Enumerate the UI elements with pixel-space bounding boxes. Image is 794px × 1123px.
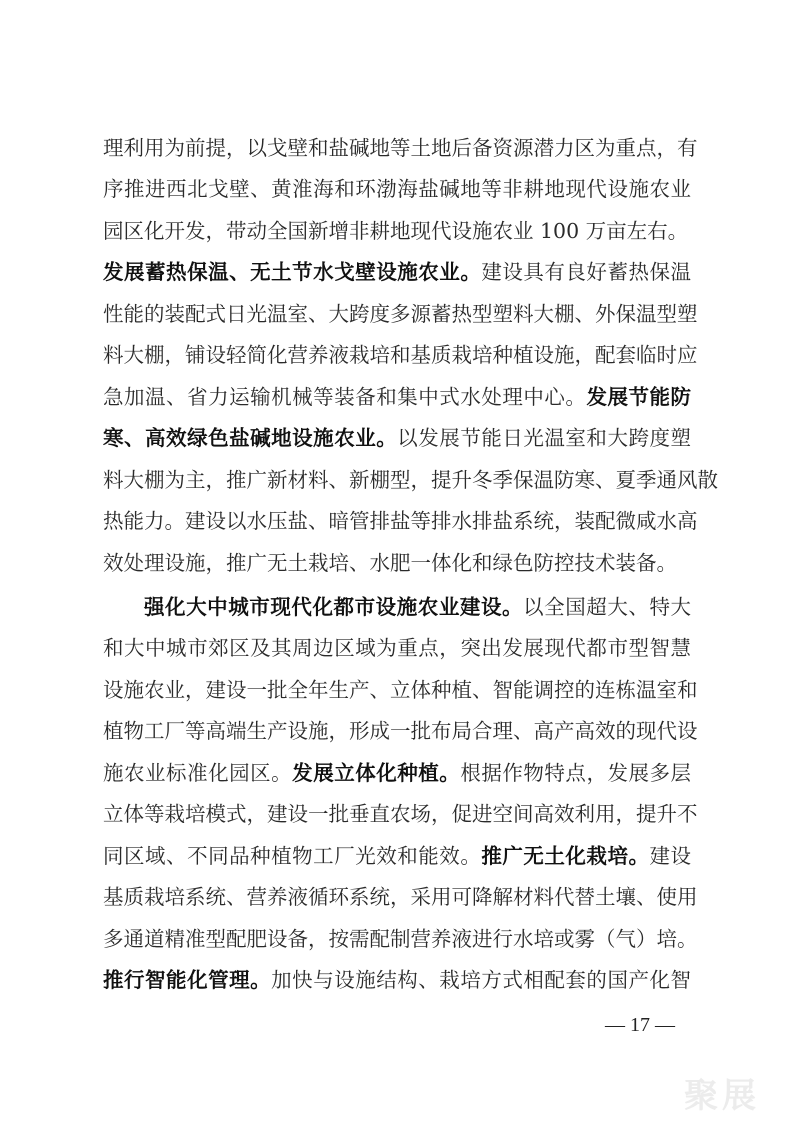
body-text-segment: 施农业标准化园区。 xyxy=(103,761,292,785)
text-line: 同区域、不同品种植物工厂光效和能效。推广无土化栽培。建设 xyxy=(103,841,691,871)
body-text-segment: 建设 xyxy=(650,844,692,868)
body-text-segment: 热能力。建设以水压盐、暗管排盐等排水排盐系统，装配微咸水高 xyxy=(103,509,698,533)
text-line: 热能力。建设以水压盐、暗管排盐等排水排盐系统，装配微咸水高 xyxy=(103,506,691,536)
body-text-segment: 设施农业，建设一批全年生产、立体种植、智能调控的连栋温室和 xyxy=(103,678,698,702)
body-text-segment: 和大中城市郊区及其周边区域为重点，突出发展现代都市型智慧 xyxy=(103,636,691,660)
body-text-segment: 植物工厂等高端生产设施，形成一批布局合理、高产高效的现代设 xyxy=(103,719,698,743)
body-text-segment: 效处理设施，推广无土栽培、水肥一体化和绿色防控技术装备。 xyxy=(103,551,677,575)
watermark-logo: 聚展 xyxy=(684,1076,794,1116)
bold-heading-text: 推广无土化栽培。 xyxy=(481,844,649,868)
text-line: 强化大中城市现代化都市设施农业建设。以全国超大、特大 xyxy=(144,592,691,622)
bold-heading-text: 强化大中城市现代化都市设施农业建设。 xyxy=(144,595,523,619)
body-text-segment: 根据作物特点，发展多层 xyxy=(460,761,691,785)
body-text-segment: 基质栽培系统、营养液循环系统，采用可降解材料代替土壤、使用 xyxy=(103,885,698,909)
document-page: 理利用为前提，以戈壁和盐碱地等土地后备资源潜力区为重点，有序推进西北戈壁、黄淮海… xyxy=(0,0,794,1123)
text-line: 施农业标准化园区。发展立体化种植。根据作物特点，发展多层 xyxy=(103,758,691,788)
body-text-segment: 料大棚为主，推广新材料、新棚型，提升冬季保温防寒、夏季通风散 xyxy=(103,468,718,492)
text-line: 植物工厂等高端生产设施，形成一批布局合理、高产高效的现代设 xyxy=(103,716,691,746)
body-text-segment: 多通道精准型配肥设备，按需配制营养液进行水培或雾（气）培。 xyxy=(103,927,698,951)
text-line: 推行智能化管理。加快与设施结构、栽培方式相配套的国产化智 xyxy=(103,965,691,995)
body-text-segment: 序推进西北戈壁、黄淮海和环渤海盐碱地等非耕地现代设施农业 xyxy=(103,177,691,201)
body-text-segment: 园区化开发，带动全国新增非耕地现代设施农业 100 万亩左右。 xyxy=(103,219,688,243)
text-line: 寒、高效绿色盐碱地设施农业。以发展节能日光温室和大跨度塑 xyxy=(103,423,691,453)
text-line: 基质栽培系统、营养液循环系统，采用可降解材料代替土壤、使用 xyxy=(103,882,691,912)
text-line: 性能的装配式日光温室、大跨度多源蓄热型塑料大棚、外保温型塑 xyxy=(103,299,691,329)
bold-heading-text: 寒、高效绿色盐碱地设施农业。 xyxy=(103,426,397,450)
text-line: 序推进西北戈壁、黄淮海和环渤海盐碱地等非耕地现代设施农业 xyxy=(103,174,691,204)
page-number: — 17 — xyxy=(595,1010,685,1040)
body-text-segment: 性能的装配式日光温室、大跨度多源蓄热型塑料大棚、外保温型塑 xyxy=(103,302,698,326)
text-line: 立体等栽培模式，建设一批垂直农场，促进空间高效利用，提升不 xyxy=(103,799,691,829)
body-text-segment: 料大棚，铺设轻简化营养液栽培和基质栽培种植设施，配套临时应 xyxy=(103,343,698,367)
text-line: 多通道精准型配肥设备，按需配制营养液进行水培或雾（气）培。 xyxy=(103,924,691,954)
text-line: 料大棚为主，推广新材料、新棚型，提升冬季保温防寒、夏季通风散 xyxy=(103,465,691,495)
body-text-segment: 以发展节能日光温室和大跨度塑 xyxy=(397,426,691,450)
body-text-segment: 理利用为前提，以戈壁和盐碱地等土地后备资源潜力区为重点，有 xyxy=(103,136,698,160)
body-text-segment: 同区域、不同品种植物工厂光效和能效。 xyxy=(103,844,481,868)
text-line: 和大中城市郊区及其周边区域为重点，突出发展现代都市型智慧 xyxy=(103,633,691,663)
body-text-segment: 建设具有良好蓄热保温 xyxy=(481,260,691,284)
text-line: 料大棚，铺设轻简化营养液栽培和基质栽培种植设施，配套临时应 xyxy=(103,340,691,370)
body-text-segment: 加快与设施结构、栽培方式相配套的国产化智 xyxy=(271,968,691,992)
bold-heading-text: 发展节能防 xyxy=(586,385,691,409)
text-line: 园区化开发，带动全国新增非耕地现代设施农业 100 万亩左右。 xyxy=(103,216,691,246)
bold-heading-text: 发展立体化种植。 xyxy=(292,761,460,785)
text-line: 理利用为前提，以戈壁和盐碱地等土地后备资源潜力区为重点，有 xyxy=(103,133,691,163)
text-line: 发展蓄热保温、无土节水戈壁设施农业。建设具有良好蓄热保温 xyxy=(103,257,691,287)
body-text-segment: 立体等栽培模式，建设一批垂直农场，促进空间高效利用，提升不 xyxy=(103,802,698,826)
text-line: 设施农业，建设一批全年生产、立体种植、智能调控的连栋温室和 xyxy=(103,675,691,705)
text-line: 效处理设施，推广无土栽培、水肥一体化和绿色防控技术装备。 xyxy=(103,548,691,578)
bold-heading-text: 推行智能化管理。 xyxy=(103,968,271,992)
body-text-segment: 以全国超大、特大 xyxy=(523,595,691,619)
text-line: 急加温、省力运输机械等装备和集中式水处理中心。发展节能防 xyxy=(103,382,691,412)
bold-heading-text: 发展蓄热保温、无土节水戈壁设施农业。 xyxy=(103,260,481,284)
body-text-segment: 急加温、省力运输机械等装备和集中式水处理中心。 xyxy=(103,385,586,409)
